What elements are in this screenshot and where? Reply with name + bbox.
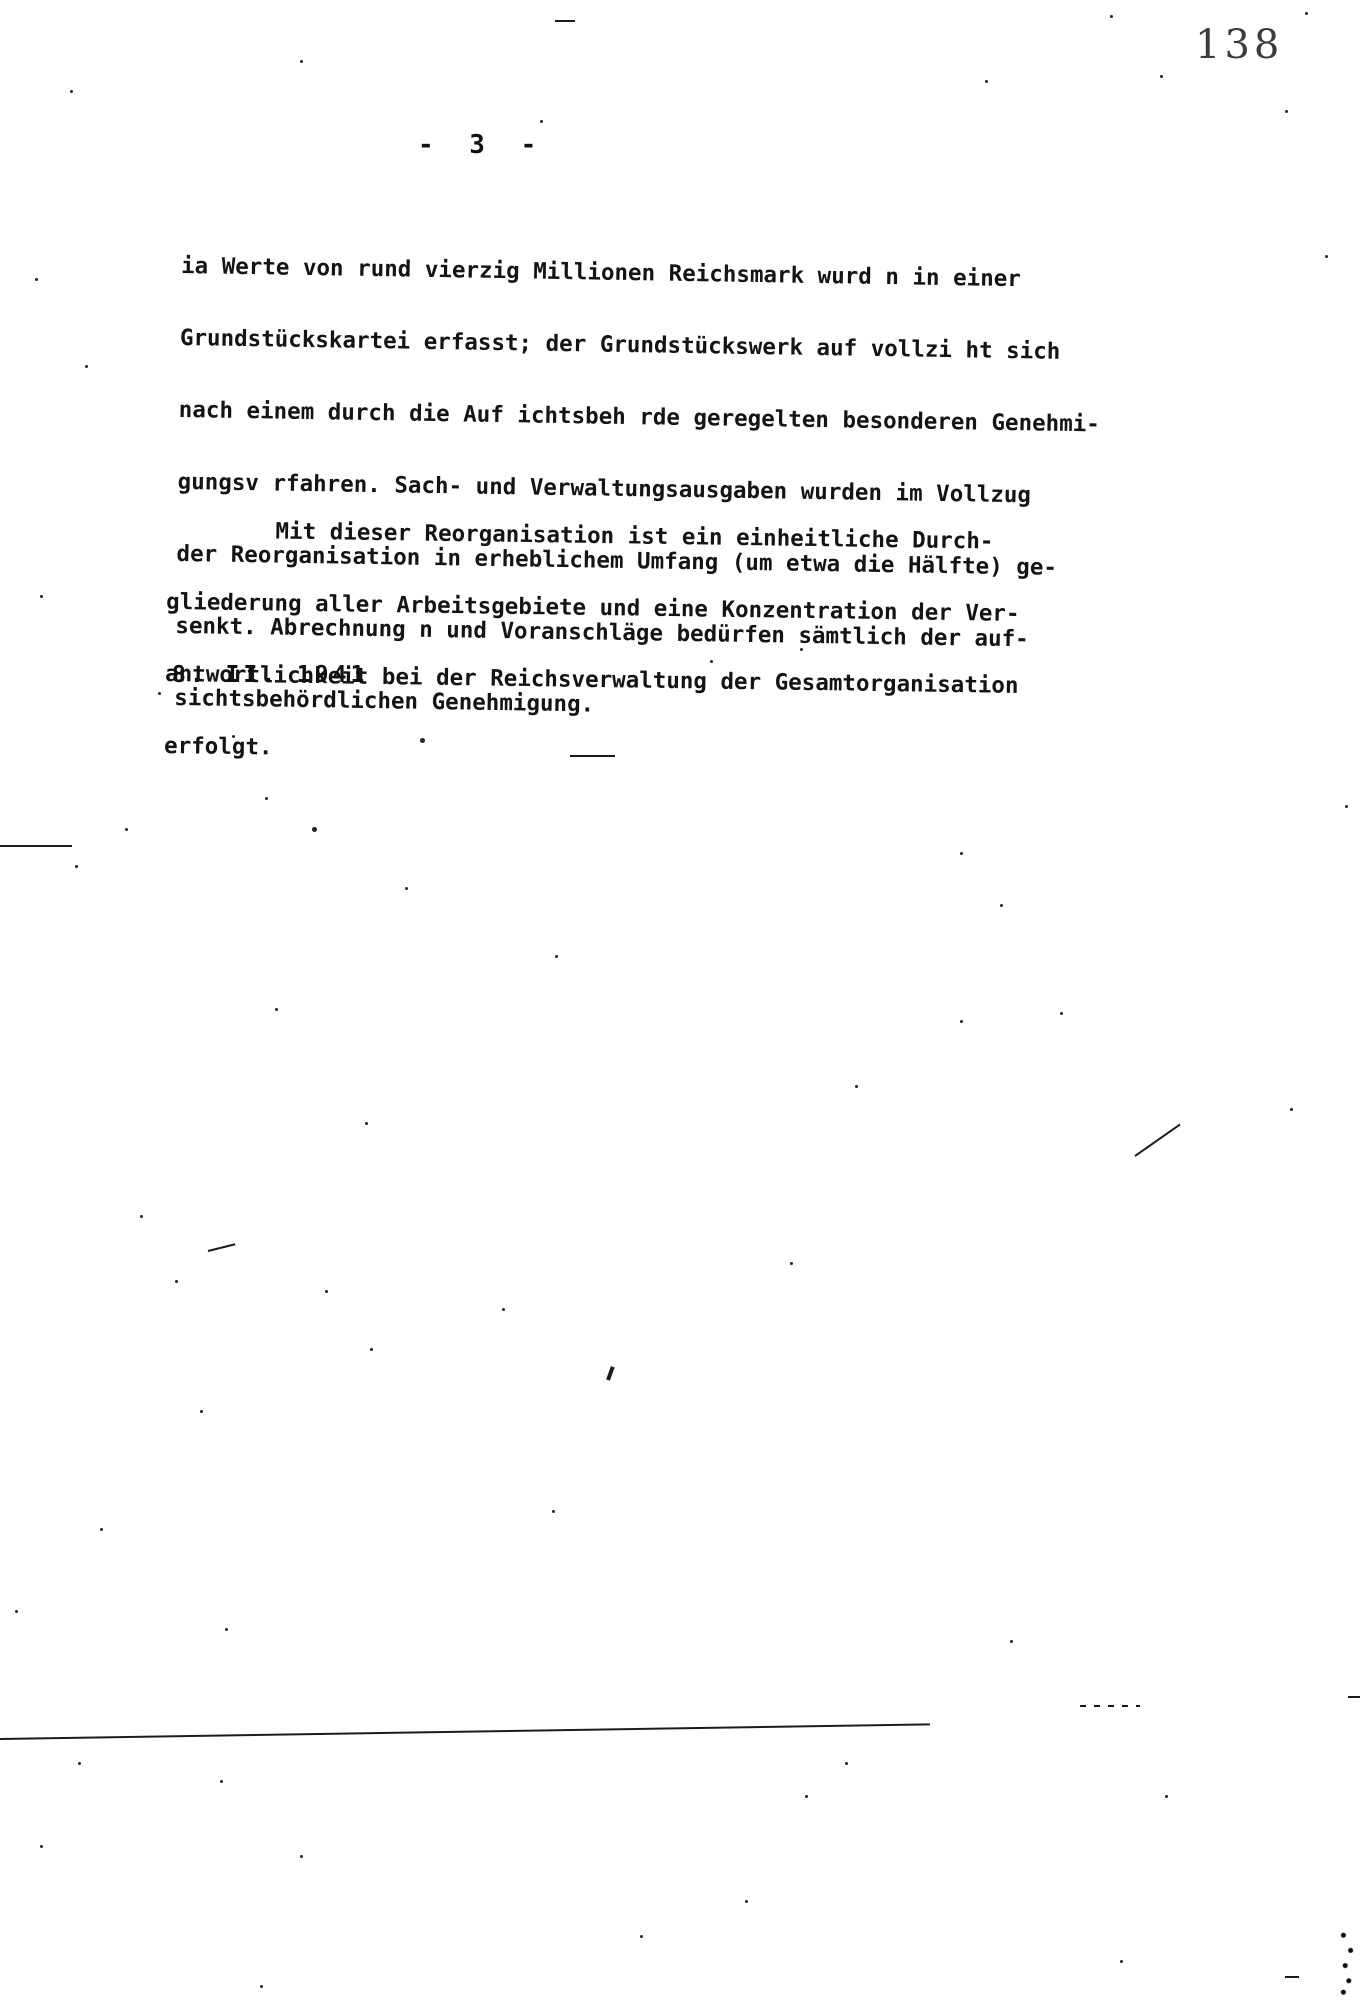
scan-speck	[265, 797, 268, 800]
scan-line-bottom	[0, 1723, 930, 1740]
scan-speck	[35, 278, 38, 281]
scan-speck	[540, 120, 543, 123]
scan-speck	[710, 660, 713, 663]
scan-speck	[158, 692, 161, 695]
scan-line-dashes	[1080, 1705, 1140, 1707]
scan-speck	[1285, 110, 1288, 113]
scan-speck	[70, 90, 73, 93]
scan-speck	[220, 1780, 223, 1783]
scan-speck	[1305, 12, 1308, 15]
scan-speck	[1325, 255, 1328, 258]
scan-speck	[985, 80, 988, 83]
scan-speck	[300, 1855, 303, 1858]
scan-line-left	[0, 845, 72, 847]
scan-line-diagonal	[1134, 1124, 1180, 1157]
scan-speck	[1345, 805, 1348, 808]
scan-line-top	[555, 20, 575, 22]
scan-speck	[1120, 1960, 1123, 1963]
document-date: 8. II. 1941	[172, 662, 368, 688]
scan-speck	[1110, 15, 1113, 18]
scan-speck	[790, 1262, 793, 1265]
scan-speck	[175, 1280, 178, 1283]
text-line: nach einem durch die Auf ichtsbeh rde ge…	[179, 398, 1100, 436]
scan-line-small	[208, 1243, 236, 1252]
scan-speck	[960, 1020, 963, 1023]
scan-line-right-edge	[1348, 1696, 1360, 1698]
scan-speck	[40, 595, 43, 598]
text-line: iа Werte von rund vierzig Millionen Reic…	[181, 254, 1102, 292]
scan-speck	[552, 1510, 555, 1513]
scan-speck	[1060, 1012, 1063, 1015]
scan-speck	[745, 1900, 748, 1903]
scan-speck	[312, 827, 317, 832]
scan-line-mark	[606, 1366, 615, 1381]
scan-line-right-bottom	[1285, 1976, 1299, 1978]
text-line: gliederung aller Arbeitsgebiete und eine…	[166, 590, 1020, 626]
scan-speck	[325, 1290, 328, 1293]
scan-speck	[1000, 904, 1003, 907]
scan-speck	[405, 887, 408, 890]
scan-speck	[420, 738, 425, 743]
text-line: Mit dieser Reorganisation ist ein einhei…	[167, 518, 1021, 554]
scan-speck	[78, 1762, 81, 1765]
scan-speck	[140, 1215, 143, 1218]
scan-speck	[855, 1085, 858, 1088]
folio-number: 138	[1195, 22, 1283, 68]
scan-speck	[232, 735, 235, 738]
scan-speck	[365, 1122, 368, 1125]
scan-speck	[125, 828, 128, 831]
scan-speck	[640, 1935, 643, 1938]
scan-speck	[1010, 1640, 1013, 1643]
scan-speck	[275, 1008, 278, 1011]
scan-speck	[225, 1628, 228, 1631]
scan-speck	[370, 1348, 373, 1351]
scan-speck	[555, 955, 558, 958]
scanned-document-page: 138 - 3 - iа Werte von rund vierzig Mill…	[0, 0, 1360, 2000]
scan-speck	[1160, 75, 1163, 78]
scan-speck	[800, 648, 803, 651]
scan-speck	[40, 1845, 43, 1848]
scan-speck	[845, 1762, 848, 1765]
scan-speck	[502, 1308, 505, 1311]
scan-edge-noise	[1338, 1920, 1356, 1996]
scan-line-short	[570, 755, 615, 757]
scan-speck	[805, 1795, 808, 1798]
page-marker: - 3 -	[418, 130, 546, 160]
paragraph-conclusion: Mit dieser Reorganisation ist ein einhei…	[163, 470, 1021, 818]
scan-speck	[1165, 1795, 1168, 1798]
text-line: erfolgt.	[164, 734, 1018, 770]
scan-speck	[15, 1610, 18, 1613]
scan-speck	[75, 865, 78, 868]
scan-speck	[100, 1528, 103, 1531]
scan-speck	[300, 60, 303, 63]
scan-speck	[960, 852, 963, 855]
scan-speck	[1290, 1108, 1293, 1111]
scan-speck	[85, 365, 88, 368]
scan-speck	[260, 1985, 263, 1988]
scan-speck	[200, 1410, 203, 1413]
text-line: Grundstückskartei erfasst; der Grundstüc…	[180, 326, 1101, 364]
